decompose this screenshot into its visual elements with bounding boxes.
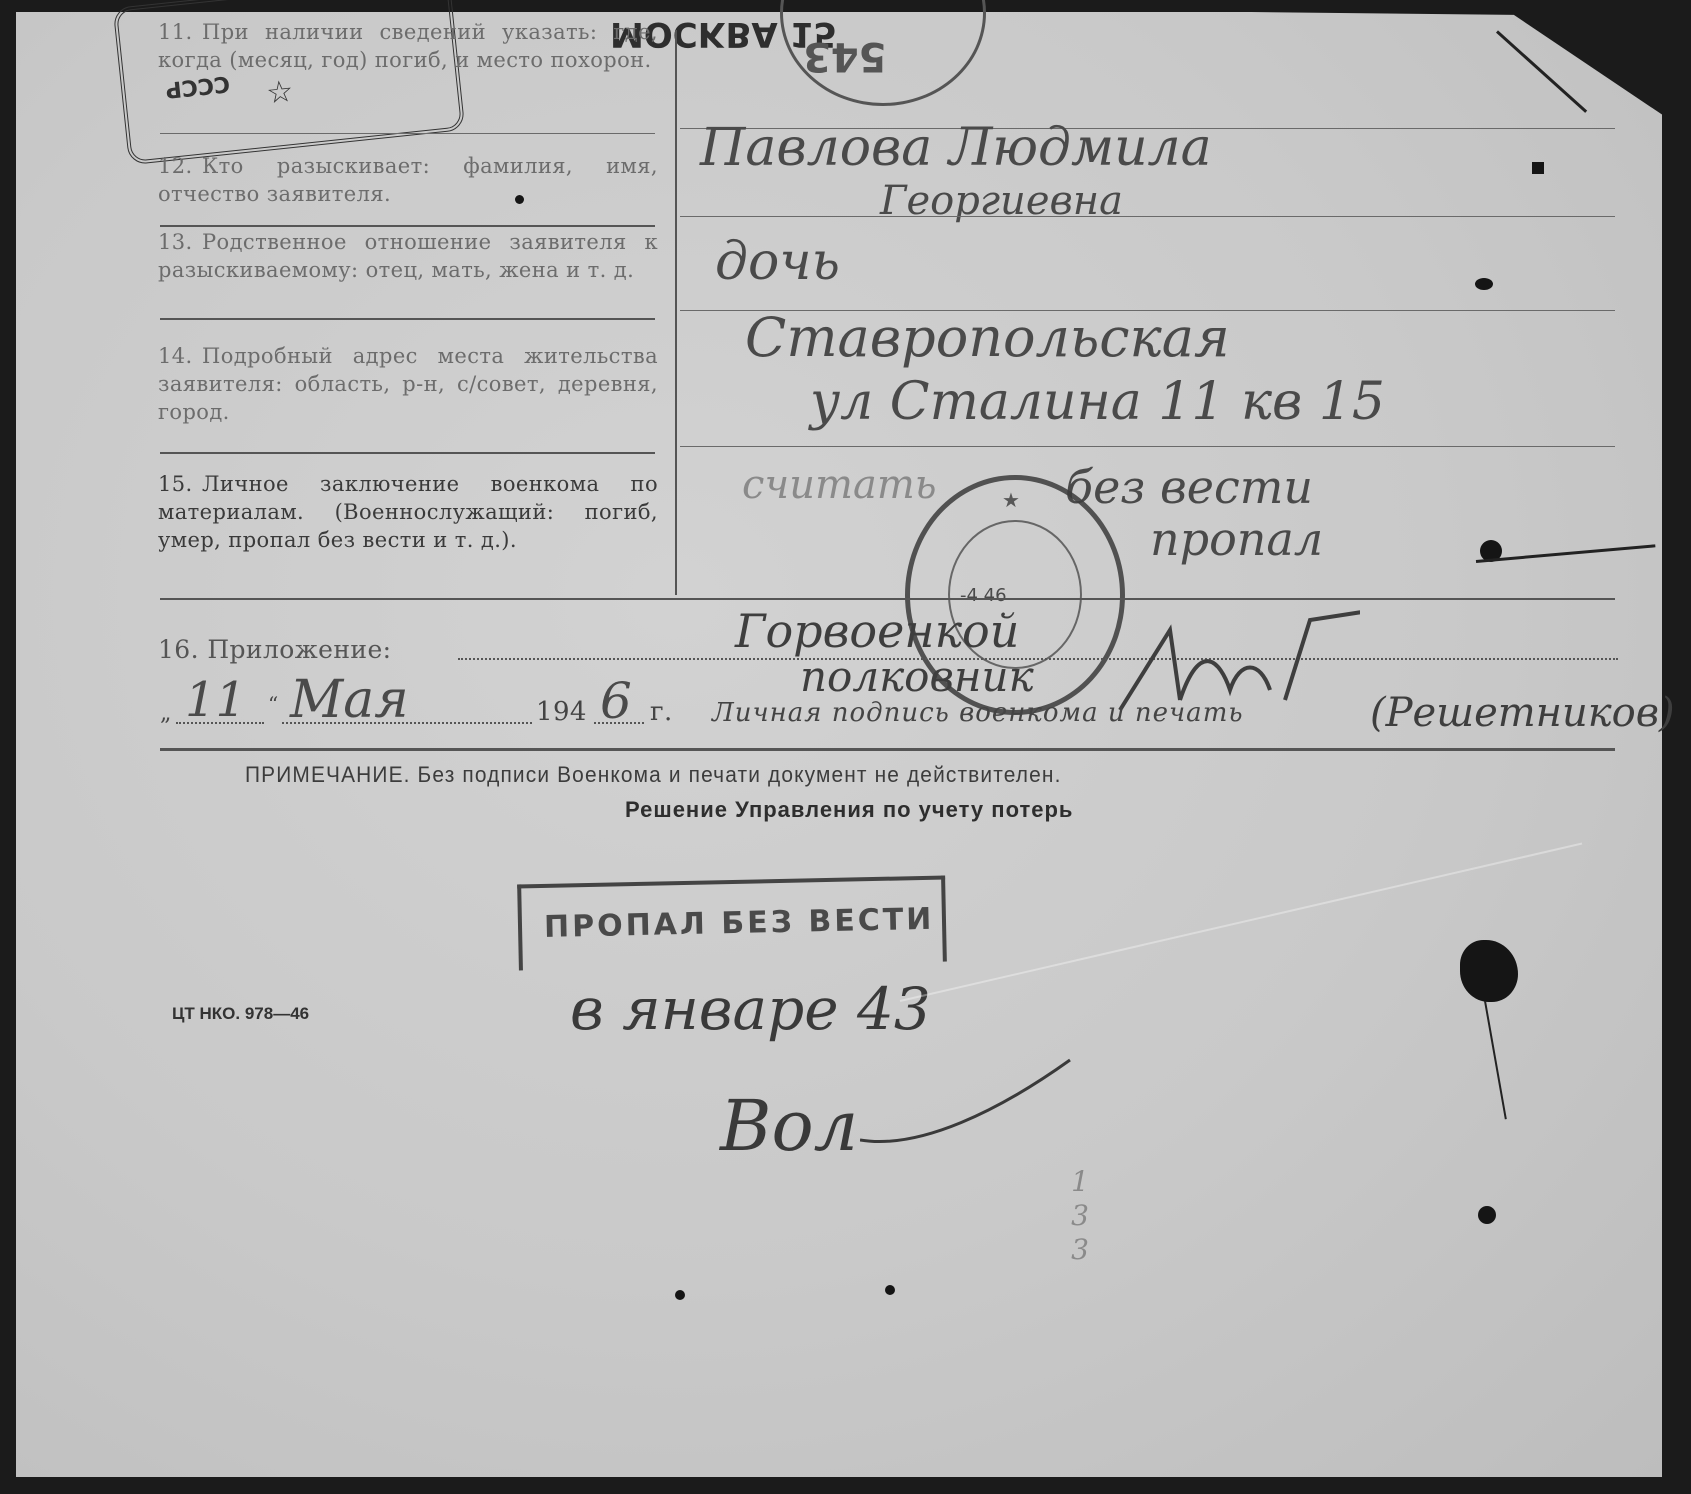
- field-15-value-line1: без вести: [1065, 460, 1313, 514]
- date-month: Мая: [290, 670, 409, 730]
- date-day: 11: [185, 672, 246, 728]
- footnote: ПРИМЕЧАНИЕ. Без подписи Военкома и печат…: [245, 762, 1062, 788]
- decision-handwritten-signature: Вол: [720, 1085, 858, 1167]
- field-11-label: 11.При наличии сведений указать: где, ко…: [158, 18, 658, 74]
- ink-dot: [515, 195, 524, 204]
- date-open-quote: „: [160, 700, 172, 728]
- field-14-label: 14.Подробный адрес места жительства заяв…: [158, 342, 658, 426]
- date-year-line: [594, 722, 644, 724]
- date-year-suffix-label: г.: [650, 698, 673, 726]
- stamp-text-ussr: СССР: [164, 70, 231, 102]
- signature-org-line2: полковник: [800, 652, 1034, 701]
- field-15-value-line2: пропал: [1150, 512, 1323, 566]
- field-12-value-patronymic: Георгиевна: [880, 178, 1123, 224]
- divider: [160, 598, 1615, 600]
- divider: [160, 748, 1615, 751]
- date-close-quote: “: [268, 690, 279, 718]
- field-12-value-surname-name: Павлова Людмила: [700, 118, 1212, 178]
- divider: [160, 452, 655, 454]
- paper-hole: [1478, 1206, 1496, 1224]
- signature-flourish-icon: [860, 1050, 1080, 1160]
- field-13-label: 13.Родственное отношение заявителя к раз…: [158, 228, 658, 284]
- divider: [160, 225, 655, 227]
- field-15-label: 15.Личное заключение военкома по материа…: [158, 470, 658, 554]
- missing-in-action-stamp: ПРОПАЛ БЕЗ ВЕСТИ: [517, 876, 947, 971]
- column-divider: [675, 30, 677, 595]
- signature-org-line1: Горвоенкой: [735, 604, 1019, 658]
- field-16-label: 16. Приложение:: [158, 636, 391, 664]
- paper-hole: [1475, 278, 1493, 290]
- margin-digits: 1 3 3: [1065, 1165, 1095, 1267]
- signature-name: (Решетников): [1370, 690, 1675, 736]
- ink-dot: [675, 1290, 685, 1300]
- field-15-value-struck: считать: [742, 462, 937, 508]
- paper-hole: [1532, 162, 1544, 174]
- field-13-value-relation: дочь: [715, 232, 840, 292]
- star-icon: ☆: [265, 74, 295, 112]
- divider: [680, 446, 1615, 447]
- date-year-prefix: 194: [536, 698, 587, 726]
- divider: [680, 216, 1615, 217]
- postmark-number: 543: [803, 33, 887, 79]
- attachment-line: [458, 658, 1618, 660]
- divider: [160, 318, 655, 320]
- ink-dot: [885, 1285, 895, 1295]
- decision-heading: Решение Управления по учету потерь: [625, 797, 1073, 823]
- seal-date: -4 46: [960, 585, 1007, 606]
- stamp-box-text: ПРОПАЛ БЕЗ ВЕСТИ: [544, 902, 935, 945]
- field-14-value-region: Ставропольская: [745, 306, 1230, 369]
- form-code: ЦТ НКО. 978—46: [172, 1004, 309, 1024]
- decision-handwritten-date: в январе 43: [570, 975, 931, 1043]
- divider: [160, 133, 655, 134]
- signature-caption: Личная подпись военкома и печать: [712, 698, 1244, 728]
- field-14-value-address: ул Сталина 11 кв 15: [810, 372, 1385, 432]
- field-12-label: 12.Кто разыскивает: фамилия, имя, отчест…: [158, 152, 658, 208]
- star-icon: ★: [1002, 488, 1020, 512]
